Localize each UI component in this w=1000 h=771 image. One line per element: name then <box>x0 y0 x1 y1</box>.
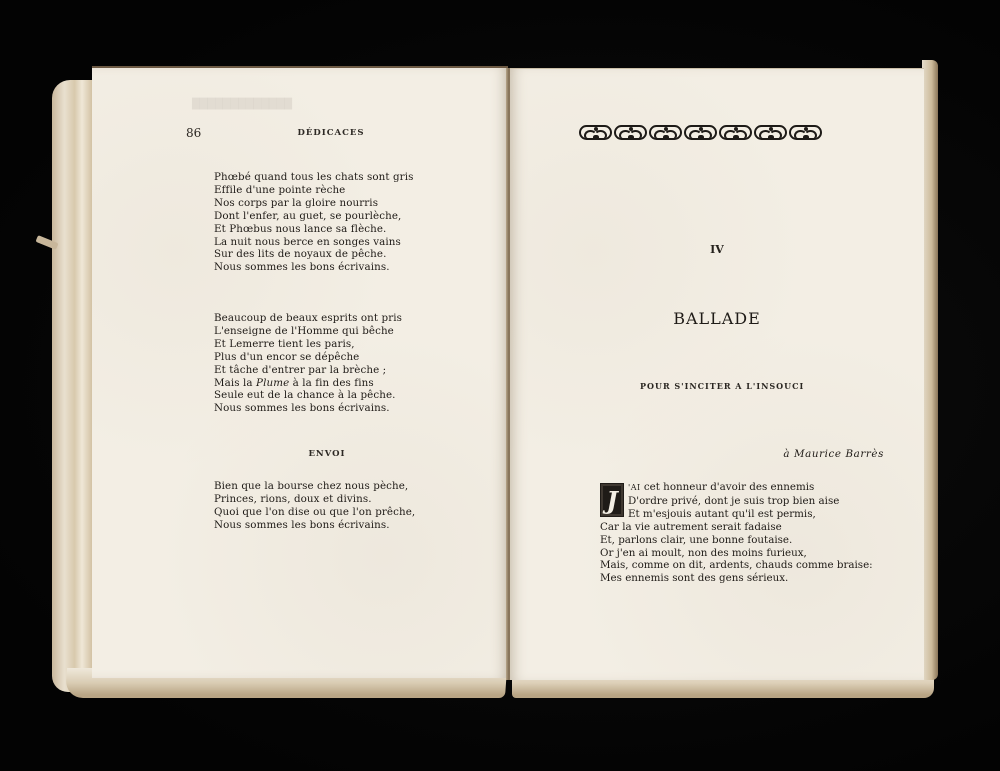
verse-line: Nous sommes les bons écrivains. <box>214 402 402 415</box>
stanza-1: Phœbé quand tous les chats sont gris Eff… <box>214 171 413 274</box>
scroll-ornament-icon <box>649 125 682 140</box>
scroll-ornament-icon <box>579 125 612 140</box>
right-page-stack-edge <box>922 60 938 680</box>
verse-line: Et tâche d'entrer par la brèche ; <box>214 364 402 377</box>
verse-line: Mais, comme on dit, ardents, chauds comm… <box>600 559 873 572</box>
smallcap-opening: 'AI <box>628 483 641 492</box>
scroll-ornament-icon <box>614 125 647 140</box>
verse-line: Nos corps par la gloire nourris <box>214 197 413 210</box>
verse-line: Et, parlons clair, une bonne foutaise. <box>600 534 873 547</box>
verse-line: Mes ennemis sont des gens sérieux. <box>600 572 873 585</box>
ballade-poem: J 'AI cet honneur d'avoir des ennemis D'… <box>600 481 873 585</box>
envoi-heading: ENVOI <box>252 449 402 459</box>
verse-fragment: Mais la <box>214 377 256 389</box>
running-head-title: DÉDICACES <box>186 128 476 138</box>
dedication: à Maurice Barrès <box>783 448 884 460</box>
verse-line: Seule eut de la chance à la pêche. <box>214 389 402 402</box>
poem-subtitle: POUR S'INCITER A L'INSOUCI <box>640 381 804 391</box>
envoi-stanza: Bien que la bourse chez nous pèche, Prin… <box>214 480 415 532</box>
verse-line-first: 'AI cet honneur d'avoir des ennemis <box>600 481 873 495</box>
verse-line: Princes, rions, doux et divins. <box>214 493 415 506</box>
open-book: █████████████ 86 DÉDICACES Phœbé quand t… <box>52 58 942 708</box>
verse-line: La nuit nous berce en songes vains <box>214 236 413 249</box>
verse-line: D'ordre privé, dont je suis trop bien ai… <box>600 495 873 508</box>
verse-line: Et Lemerre tient les paris, <box>214 338 402 351</box>
verse-line: L'enseigne de l'Homme qui bêche <box>214 325 402 338</box>
verse-line: Nous sommes les bons écrivains. <box>214 261 413 274</box>
bleed-through-text: █████████████ <box>192 98 292 111</box>
scroll-ornament-icon <box>754 125 787 140</box>
right-page: IV BALLADE POUR S'INCITER A L'INSOUCI à … <box>510 68 924 680</box>
verse-line: Et Phœbus nous lance sa flèche. <box>214 223 413 236</box>
poem-title: BALLADE <box>510 309 924 328</box>
verse-fragment: cet honneur d'avoir des ennemis <box>641 481 815 493</box>
verse-line: Plus d'un encor se dépêche <box>214 351 402 364</box>
verse-line: Nous sommes les bons écrivains. <box>214 519 415 532</box>
verse-line: Effile d'une pointe rèche <box>214 184 413 197</box>
left-page: █████████████ 86 DÉDICACES Phœbé quand t… <box>92 66 508 678</box>
chapter-number: IV <box>510 243 924 256</box>
verse-line-with-italic: Mais la Plume à la fin des fins <box>214 377 402 390</box>
verse-line: Bien que la bourse chez nous pèche, <box>214 480 415 493</box>
verse-line: Car la vie autrement serait fadaise <box>600 521 873 534</box>
verse-line: Sur des lits de noyaux de pêche. <box>214 248 413 261</box>
scroll-ornament-band <box>579 125 822 140</box>
scroll-ornament-icon <box>684 125 717 140</box>
verse-line: Et m'esjouis autant qu'il est permis, <box>600 508 873 521</box>
scroll-ornament-icon <box>789 125 822 140</box>
verse-line: Phœbé quand tous les chats sont gris <box>214 171 413 184</box>
italic-word-plume: Plume <box>256 377 289 389</box>
verse-line: Or j'en ai moult, non des moins furieux, <box>600 547 873 560</box>
verse-fragment: à la fin des fins <box>289 377 373 389</box>
verse-line: Dont l'enfer, au guet, se pourlèche, <box>214 210 413 223</box>
verse-line: Quoi que l'on dise ou que l'on prêche, <box>214 506 415 519</box>
running-head: 86 DÉDICACES <box>186 126 476 142</box>
verse-line: Beaucoup de beaux esprits ont pris <box>214 312 402 325</box>
scroll-ornament-icon <box>719 125 752 140</box>
dropcap-letter: J <box>600 483 624 517</box>
stanza-2: Beaucoup de beaux esprits ont pris L'ens… <box>214 312 402 415</box>
